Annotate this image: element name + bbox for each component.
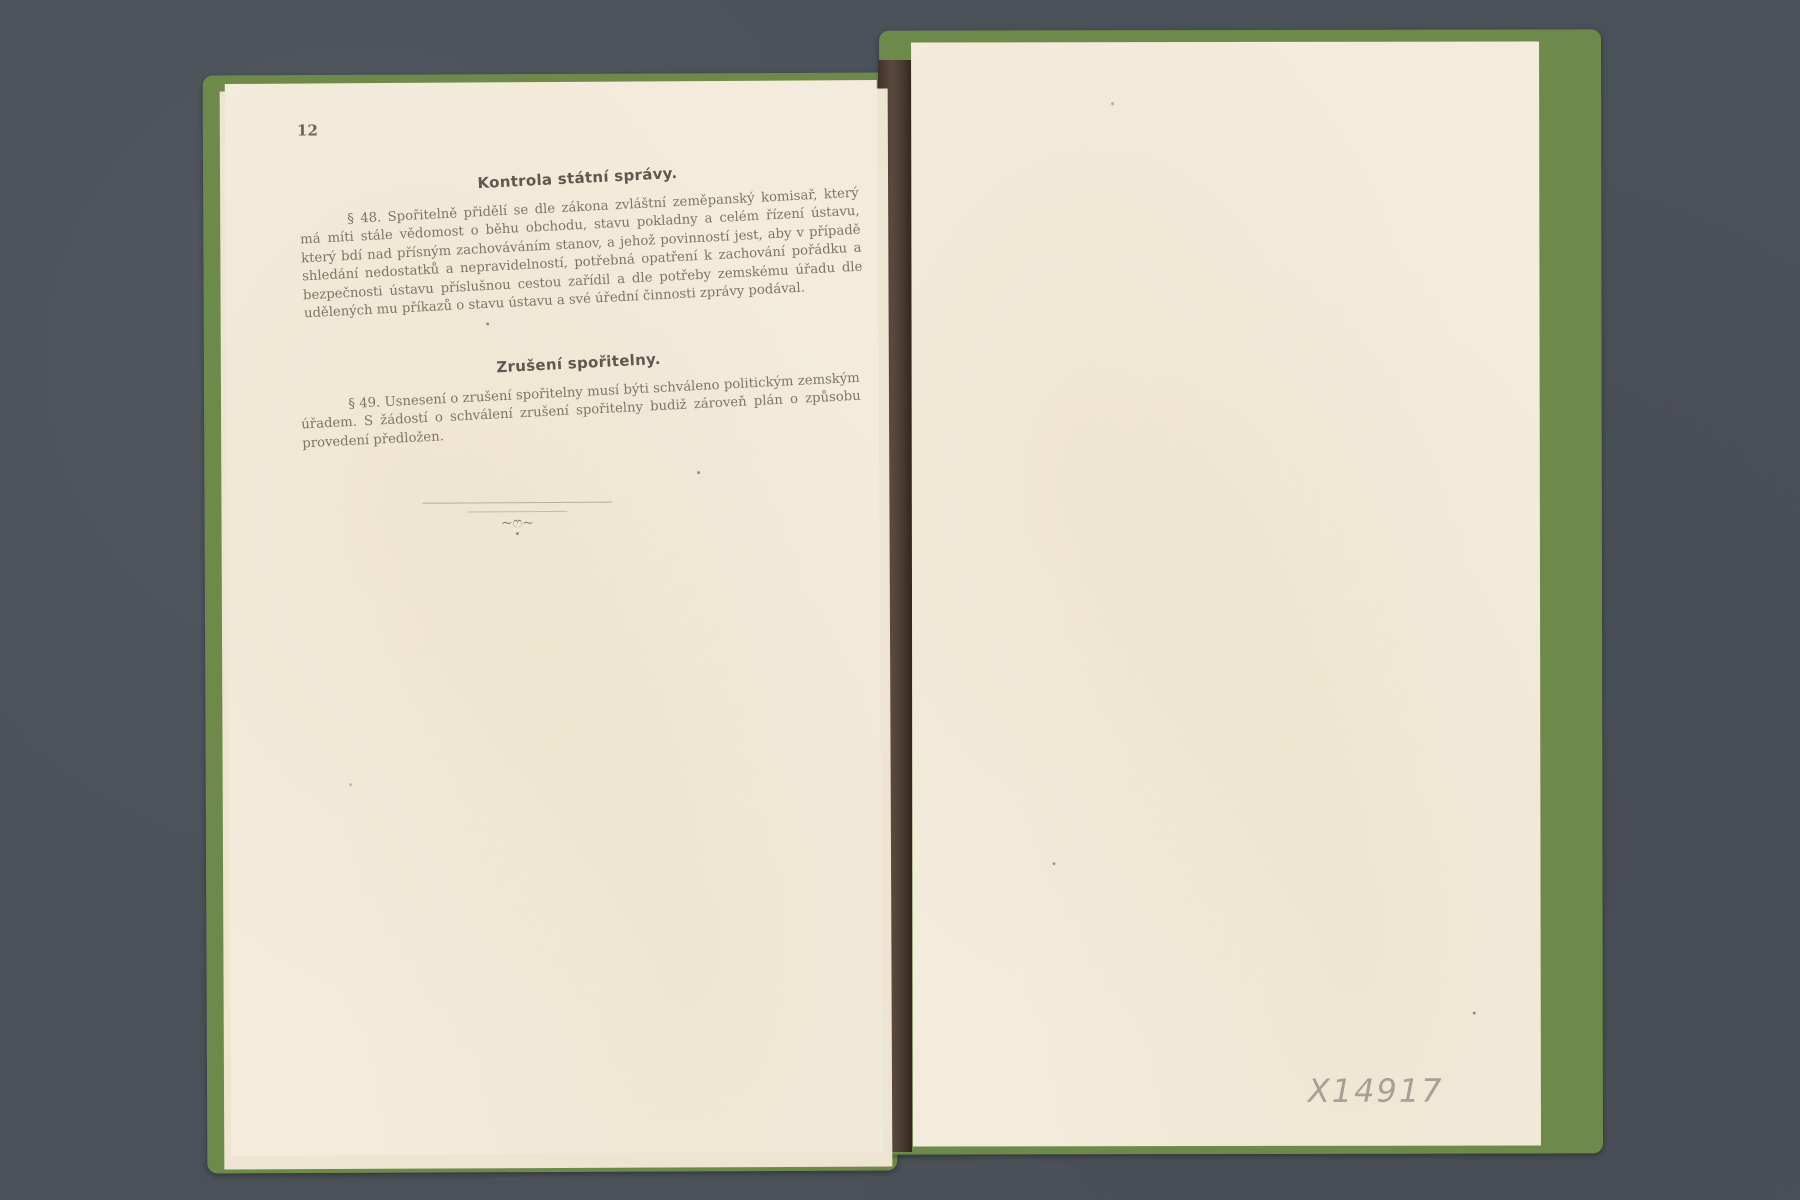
paper-speck [1473,1012,1476,1015]
section-paragraph: § 49. Usnesení o zrušení spořitelny musí… [300,370,862,454]
ornament-dot-icon: • [417,530,617,541]
paper-speck [486,322,489,325]
ornament-rule [467,511,567,513]
paper-speck [1111,102,1114,105]
right-page: X14917 [911,41,1541,1146]
ornament-rule [422,502,612,504]
end-ornament: ~ෆ~ • [417,502,617,541]
page-number: 12 [297,121,318,139]
paper-speck [349,783,352,786]
paper-speck [1052,862,1055,865]
section-dissolution: Zrušení spořitelny. § 49. Usnesení o zru… [298,340,862,454]
left-page: 12 Kontrola státní správy. § 48. Spořite… [225,80,884,1156]
section-paragraph: § 48. Spořitelně přidělí se dle zákona z… [299,185,864,324]
section-state-control: Kontrola státní správy. § 48. Spořitelně… [297,155,863,324]
handwritten-inventory-number: X14917 [1308,1072,1444,1110]
paper-speck [697,471,700,474]
